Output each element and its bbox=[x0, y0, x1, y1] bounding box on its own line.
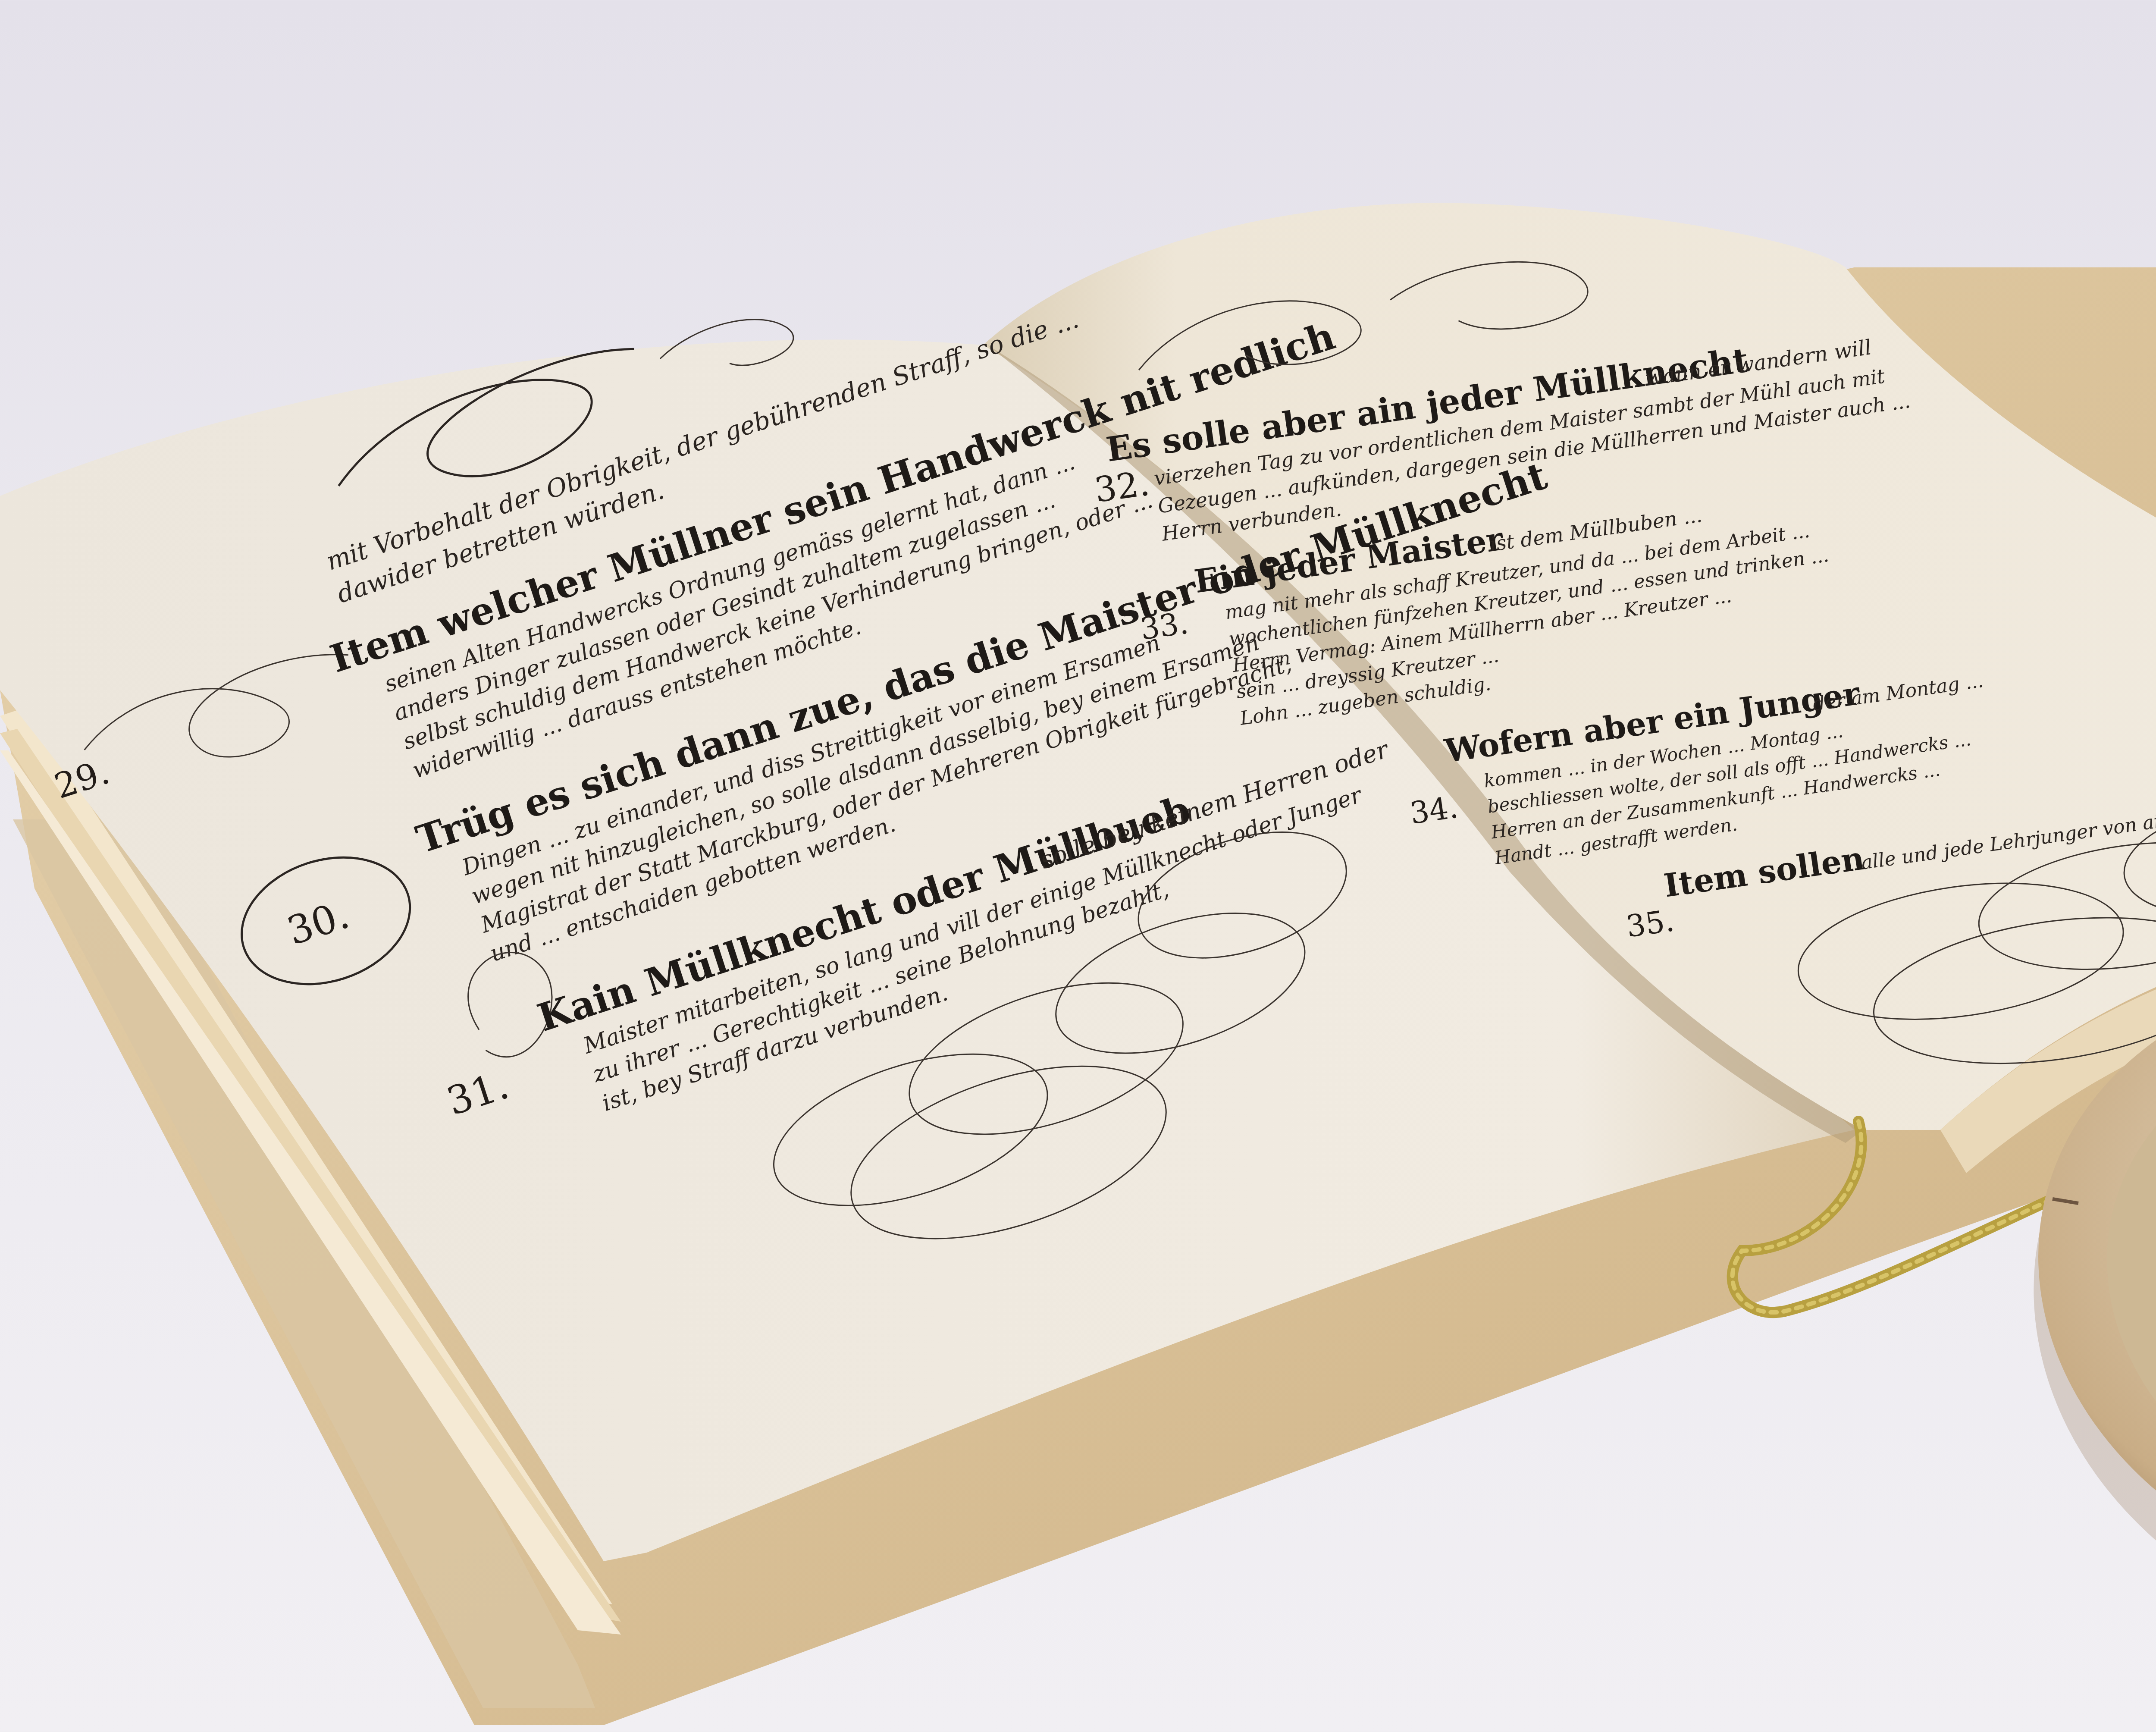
article-number-32: 32. bbox=[1092, 463, 1152, 511]
article-number-34: 34. bbox=[1408, 789, 1460, 831]
article-number-35: 35. bbox=[1624, 903, 1677, 944]
article-number-33: 33. bbox=[1138, 605, 1191, 647]
manuscript-photo-scene: mit Vorbehalt der Obrigkeit, der gebühre… bbox=[0, 0, 2156, 1732]
